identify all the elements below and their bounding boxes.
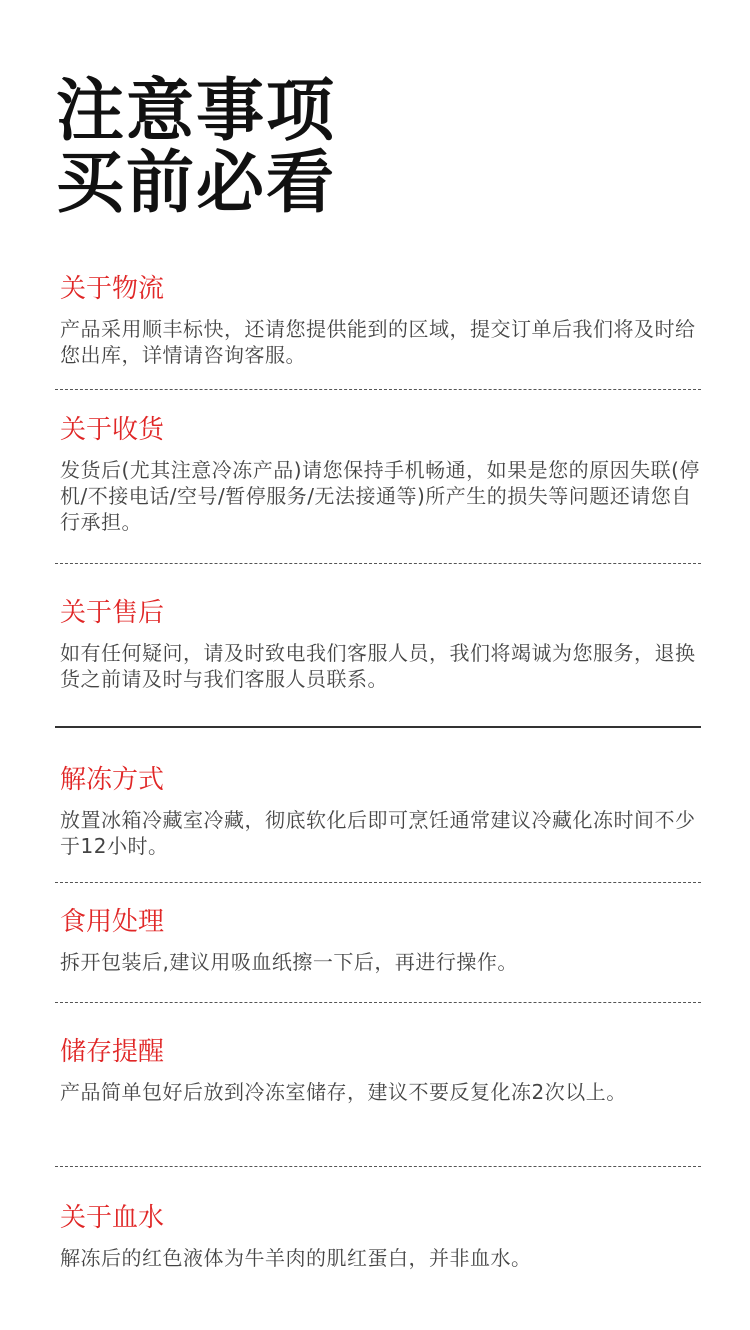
section-title: 关于血水: [60, 1203, 702, 1233]
section-body: 解冻后的红色液体为牛羊肉的肌红蛋白，并非血水。: [60, 1245, 702, 1271]
section-title: 储存提醒: [60, 1037, 702, 1067]
page-header: 注意事项 买前必看: [56, 76, 336, 220]
dashed-divider: [55, 882, 701, 883]
section-title: 解冻方式: [60, 765, 702, 795]
section-body: 放置冰箱冷藏室冷藏，彻底软化后即可烹饪通常建议冷藏化冻时间不少于12小时。: [60, 807, 702, 859]
section-title: 关于物流: [60, 274, 702, 304]
section-body: 如有任何疑问，请及时致电我们客服人员，我们将竭诚为您服务，退换货之前请及时与我们…: [60, 640, 702, 692]
solid-divider: [55, 726, 701, 728]
dashed-divider: [55, 1002, 701, 1003]
section-food-handling: 食用处理 拆开包装后,建议用吸血纸擦一下后，再进行操作。: [60, 907, 702, 975]
section-receiving: 关于收货 发货后(尤其注意冷冻产品)请您保持手机畅通，如果是您的原因失联(停机/…: [60, 415, 702, 535]
section-title: 食用处理: [60, 907, 702, 937]
page-title-line-2: 买前必看: [56, 148, 336, 220]
section-thawing: 解冻方式 放置冰箱冷藏室冷藏，彻底软化后即可烹饪通常建议冷藏化冻时间不少于12小…: [60, 765, 702, 859]
section-title: 关于售后: [60, 598, 702, 628]
section-body: 产品简单包好后放到冷冻室储存，建议不要反复化冻2次以上。: [60, 1079, 702, 1105]
dashed-divider: [55, 563, 701, 564]
page-title-line-1: 注意事项: [56, 76, 336, 148]
section-body: 发货后(尤其注意冷冻产品)请您保持手机畅通，如果是您的原因失联(停机/不接电话/…: [60, 457, 702, 535]
section-blood-water: 关于血水 解冻后的红色液体为牛羊肉的肌红蛋白，并非血水。: [60, 1203, 702, 1271]
section-storage: 储存提醒 产品简单包好后放到冷冻室储存，建议不要反复化冻2次以上。: [60, 1037, 702, 1105]
dashed-divider: [55, 1166, 701, 1167]
section-title: 关于收货: [60, 415, 702, 445]
section-body: 拆开包装后,建议用吸血纸擦一下后，再进行操作。: [60, 949, 702, 975]
dashed-divider: [55, 389, 701, 390]
section-after-sales: 关于售后 如有任何疑问，请及时致电我们客服人员，我们将竭诚为您服务，退换货之前请…: [60, 598, 702, 692]
section-logistics: 关于物流 产品采用顺丰标快，还请您提供能到的区域，提交订单后我们将及时给您出库，…: [60, 274, 702, 368]
section-body: 产品采用顺丰标快，还请您提供能到的区域，提交订单后我们将及时给您出库，详情请咨询…: [60, 316, 702, 368]
